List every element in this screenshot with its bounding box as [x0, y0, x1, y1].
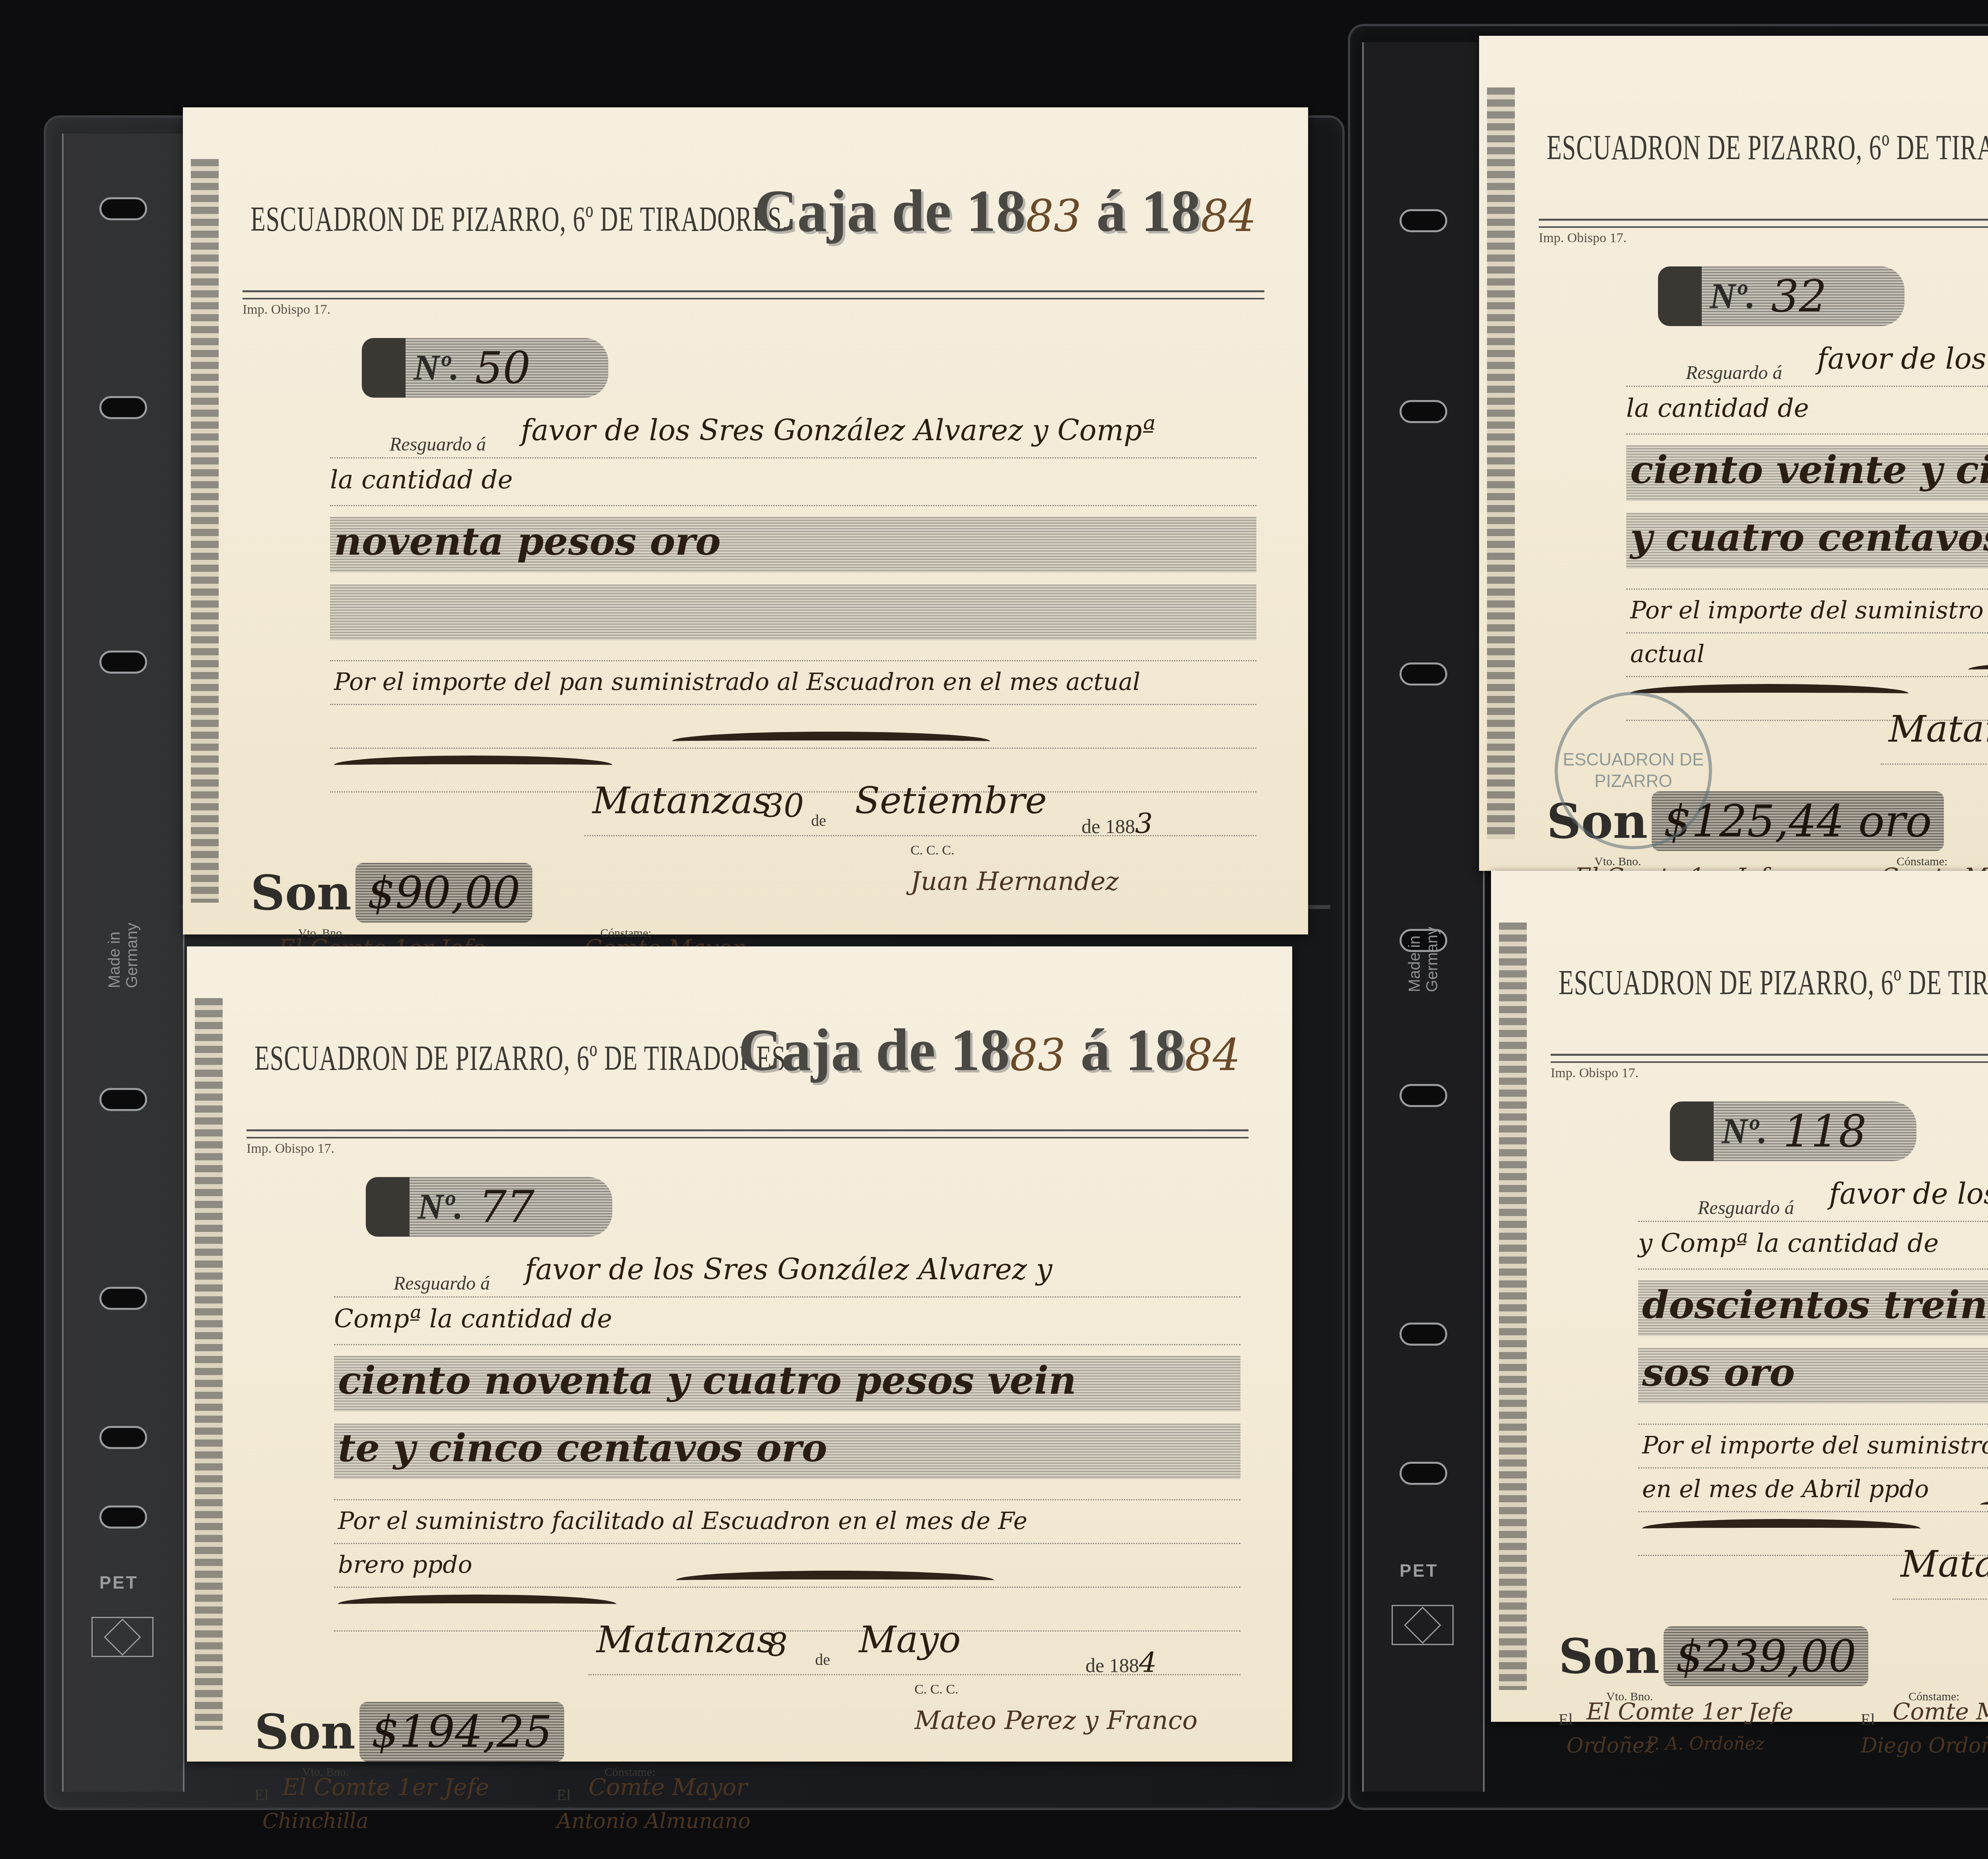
amount-words-line-2: sos oro: [1642, 1350, 1795, 1395]
date-line: [1881, 763, 1988, 765]
ruled-line: [1626, 386, 1988, 387]
ornamental-border: [191, 159, 219, 903]
payee-line-2: la cantidad de: [1626, 394, 1809, 423]
receipt-document-50: ESCUADRON DE PIZARRO, 6º DE TIRADORES. C…: [183, 107, 1308, 934]
pen-flourish: [1630, 684, 1908, 703]
ruled-line: [334, 1499, 1241, 1500]
concept-line-2: actual: [1630, 640, 1705, 668]
caja-prefix: Caja de 18: [754, 178, 1026, 244]
header-rule: [247, 1129, 1248, 1138]
son-amount-block: Son $90,00: [250, 863, 532, 923]
punch-hole: [99, 197, 147, 220]
ruled-line: [1638, 1424, 1988, 1425]
place: Matanzas: [592, 779, 772, 822]
ruled-line: [1626, 632, 1988, 633]
ruled-line: [1638, 1467, 1988, 1469]
signature-left: Ordoñez: [1567, 1734, 1656, 1758]
year-prefix: de 188: [1081, 815, 1135, 837]
punch-hole: [99, 1426, 147, 1449]
place: Matanzas: [596, 1618, 776, 1661]
el-label-2: El: [1861, 1710, 1875, 1729]
vobo-signature: El Comte 1er Jefe: [1586, 1698, 1793, 1725]
amount-words-line-1: noventa pesos oro: [334, 519, 721, 564]
signature-vobo-secondary: P. A. Ordoñez: [1646, 1734, 1765, 1754]
manufacturer-logo-icon: [91, 1617, 153, 1657]
son-amount-block: Son $194,25: [254, 1702, 564, 1762]
el-label: El: [254, 1785, 269, 1804]
pen-flourish: [1642, 1519, 1920, 1538]
unit-heading: ESCUADRON DE PIZARRO, 6º DE TIRADORES.: [250, 199, 788, 240]
amount-words-line-1: ciento noventa y cuatro pesos vein: [338, 1358, 1076, 1403]
document-body: ESCUADRON DE PIZARRO, 6º DE TIRADORES. C…: [1531, 87, 1988, 847]
signature-center: Diego Ordoñez: [1861, 1734, 1988, 1758]
payee-line-1: favor de los Sres González Alvarez y Com…: [521, 414, 1155, 447]
el-label: El: [1559, 1710, 1573, 1729]
ornamental-border: [1487, 87, 1515, 839]
punch-hole: [1400, 1323, 1447, 1346]
concept-line-1: Por el suministro facilitado al Escuadro…: [338, 1507, 1027, 1535]
punch-hole: [99, 1287, 147, 1310]
payee-line-1: favor de los Sres González Alvarez y: [525, 1253, 1052, 1286]
resguardo-label: Resguardo á: [394, 1272, 490, 1294]
unit-heading: ESCUADRON DE PIZARRO, 6º DE TIRADORES.: [1547, 127, 1988, 168]
signature-ccc: Mateo Perez y Franco: [914, 1706, 1198, 1735]
ruled-line: [1626, 433, 1988, 435]
concept-line-1: Por el importe del suministro facilitado…: [1630, 596, 1988, 624]
son-amount: $239,00: [1664, 1626, 1868, 1686]
ruled-line: [1638, 1221, 1988, 1222]
amount-words-line-2: te y cinco centavos oro: [338, 1426, 827, 1470]
caja-heading: Caja de 1883 á 1884: [738, 1016, 1241, 1084]
ruled-line: [1638, 1268, 1988, 1270]
ornamental-border: [195, 998, 223, 1730]
concept-line-1: Por el importe del suministro facilitado…: [1642, 1432, 1988, 1459]
month: Mayo: [859, 1618, 961, 1661]
son-amount-block: Son $239,00: [1559, 1626, 1868, 1686]
receipt-document-32: ESCUADRON DE PIZARRO, 6º DE TIRADORES. C…: [1479, 36, 1988, 871]
signature-ccc: Juan Hernandez: [911, 867, 1119, 896]
punch-hole: [1400, 400, 1447, 423]
ccc-label: C. C. C.: [914, 1682, 959, 1697]
caja-mid: á 18: [1081, 1017, 1185, 1083]
de-label: de: [811, 811, 826, 830]
pet-label: PET: [99, 1573, 138, 1593]
constame-signature: Comte Mayor: [588, 1774, 747, 1801]
signature-left: Chinchilla: [262, 1809, 369, 1833]
document-body: ESCUADRON DE PIZARRO, 6º DE TIRADORES. C…: [1543, 923, 1988, 1698]
resguardo-label: Resguardo á: [390, 433, 486, 455]
pointing-hand-icon: [1658, 266, 1702, 326]
concept-line-1: Por el importe del pan suministrado al E…: [334, 668, 1140, 696]
ornamental-border: [1499, 923, 1527, 1690]
punch-hole: [1400, 662, 1447, 686]
document-body: ESCUADRON DE PIZARRO, 6º DE TIRADORES. C…: [235, 159, 1280, 911]
day: 30: [763, 787, 804, 824]
made-in-germany-label: Made in Germany: [1406, 948, 1441, 992]
receipt-document-118: ESCUADRON DE PIZARRO, 6º DE TIRADORES. C…: [1491, 871, 1988, 1722]
pen-flourish: [676, 1571, 994, 1590]
made-in-germany-label: Made in Germany: [106, 944, 141, 988]
official-seal-stamp: ESCUADRON DE PIZARRO: [1555, 692, 1712, 849]
amount-band-2: [330, 585, 1256, 640]
date-line: [584, 835, 1256, 836]
receipt-number: 32: [1771, 271, 1827, 322]
month: Setiembre: [855, 779, 1047, 822]
ruled-line: [334, 1543, 1241, 1544]
payee-line-1: favor de los Sres González Alvarez: [1829, 1177, 1988, 1210]
year-to: 84: [1185, 1030, 1241, 1080]
punch-hole: [99, 1505, 147, 1529]
ruled-line: [334, 1344, 1241, 1345]
caja-mid: á 18: [1097, 178, 1201, 244]
payee-line-2: y Compª la cantidad de: [1638, 1229, 1939, 1258]
constame-signature: Comte Mor: [1893, 1698, 1988, 1725]
payee-line-1: favor de los Sres González Alvarez y Com…: [1817, 342, 1988, 375]
receipt-number: 50: [475, 342, 530, 393]
pen-flourish: [672, 732, 990, 751]
payee-line-2: Compª la cantidad de: [334, 1304, 612, 1334]
pointing-hand-icon: [1670, 1101, 1714, 1161]
son-label: Son: [254, 1704, 355, 1760]
ruled-line: [1626, 589, 1988, 590]
pet-label: PET: [1400, 1561, 1439, 1581]
amount-words-line-1: doscientos treinta y nueve pe: [1642, 1282, 1988, 1327]
son-label: Son: [1559, 1628, 1660, 1684]
resguardo-label: Resguardo á: [1698, 1197, 1794, 1219]
el-label-2: El: [557, 1785, 571, 1804]
printer-imprint: Imp. Obispo 17.: [243, 302, 330, 317]
sleeve-binding-rail: Made in Germany PET: [62, 134, 184, 1792]
pointing-hand-icon: [362, 338, 406, 398]
unit-heading: ESCUADRON DE PIZARRO, 6º DE TIRADORES.: [254, 1038, 792, 1079]
receipt-document-77: ESCUADRON DE PIZARRO, 6º DE TIRADORES. C…: [187, 946, 1292, 1762]
number-tag: Nº. 32: [1682, 266, 1905, 326]
header-rule: [1551, 1054, 1988, 1063]
manufacturer-logo-icon: [1392, 1605, 1454, 1645]
printer-imprint: Imp. Obispo 17.: [247, 1141, 334, 1156]
ruled-line: [330, 660, 1256, 661]
number-label: Nº.: [417, 1187, 463, 1228]
punch-hole: [1400, 209, 1447, 232]
year-from: 83: [1026, 190, 1081, 241]
place: Matanzas: [1889, 708, 1988, 750]
printer-imprint: Imp. Obispo 17.: [1551, 1066, 1639, 1081]
son-amount: $90,00: [355, 863, 532, 923]
day: 8: [767, 1626, 788, 1663]
ruled-line: [1626, 676, 1988, 677]
de-label: de: [815, 1650, 830, 1669]
ruled-line: [330, 457, 1256, 458]
pen-flourish: [334, 756, 612, 775]
caja-heading: Caja de 1883 á 1884: [754, 177, 1256, 245]
year-prefix: de 188: [1085, 1654, 1139, 1676]
son-label: Son: [250, 865, 351, 921]
signature-center: Antonio Almunano: [557, 1809, 750, 1833]
header-rule: [1539, 219, 1988, 228]
document-body: ESCUADRON DE PIZARRO, 6º DE TIRADORES. C…: [239, 998, 1264, 1738]
number-label: Nº.: [414, 348, 459, 389]
punch-hole: [1400, 1462, 1447, 1485]
punch-hole: [99, 651, 147, 674]
year-from: 83: [1010, 1030, 1066, 1080]
caja-prefix: Caja de 18: [738, 1017, 1010, 1083]
sleeve-binding-rail: Made in Germany PET: [1362, 42, 1485, 1792]
number-tag: Nº. 118: [1694, 1101, 1916, 1161]
concept-line-2: brero ppdo: [338, 1551, 472, 1579]
resguardo-label: Resguardo á: [1686, 362, 1782, 384]
number-tag: Nº. 50: [386, 338, 608, 398]
year-to: 84: [1201, 190, 1256, 241]
header-rule: [243, 290, 1264, 299]
ruled-line: [1638, 1511, 1988, 1512]
unit-heading: ESCUADRON DE PIZARRO, 6º DE TIRADORES.: [1559, 962, 1988, 1003]
son-amount: $194,25: [359, 1702, 564, 1762]
receipt-number: 118: [1783, 1106, 1866, 1157]
ruled-line: [330, 704, 1256, 705]
concept-line-2: en el mes de Abril ppdo: [1642, 1475, 1929, 1503]
amount-words-line-2: y cuatro centavos oro: [1630, 515, 1988, 560]
ruled-line: [330, 505, 1256, 506]
payee-line-2: la cantidad de: [330, 465, 513, 495]
date-line: [1893, 1599, 1988, 1600]
number-label: Nº.: [1722, 1111, 1767, 1152]
amount-words-line-1: ciento veinte y cinco pesos cuarenta: [1630, 447, 1988, 492]
ccc-label: C. C. C.: [911, 843, 955, 858]
punch-hole: [99, 1088, 147, 1111]
date-line: [588, 1674, 1241, 1675]
number-tag: Nº. 77: [390, 1177, 612, 1237]
pointing-hand-icon: [366, 1177, 410, 1237]
place: Matanzas: [1901, 1543, 1988, 1585]
punch-hole: [99, 396, 147, 419]
vobo-signature: El Comte 1er Jefe: [282, 1774, 489, 1801]
printer-imprint: Imp. Obispo 17.: [1539, 231, 1627, 246]
pen-flourish: [338, 1595, 616, 1614]
punch-hole: [1400, 1084, 1447, 1107]
number-label: Nº.: [1710, 276, 1755, 317]
ruled-line: [334, 1296, 1241, 1298]
receipt-number: 77: [479, 1181, 534, 1232]
